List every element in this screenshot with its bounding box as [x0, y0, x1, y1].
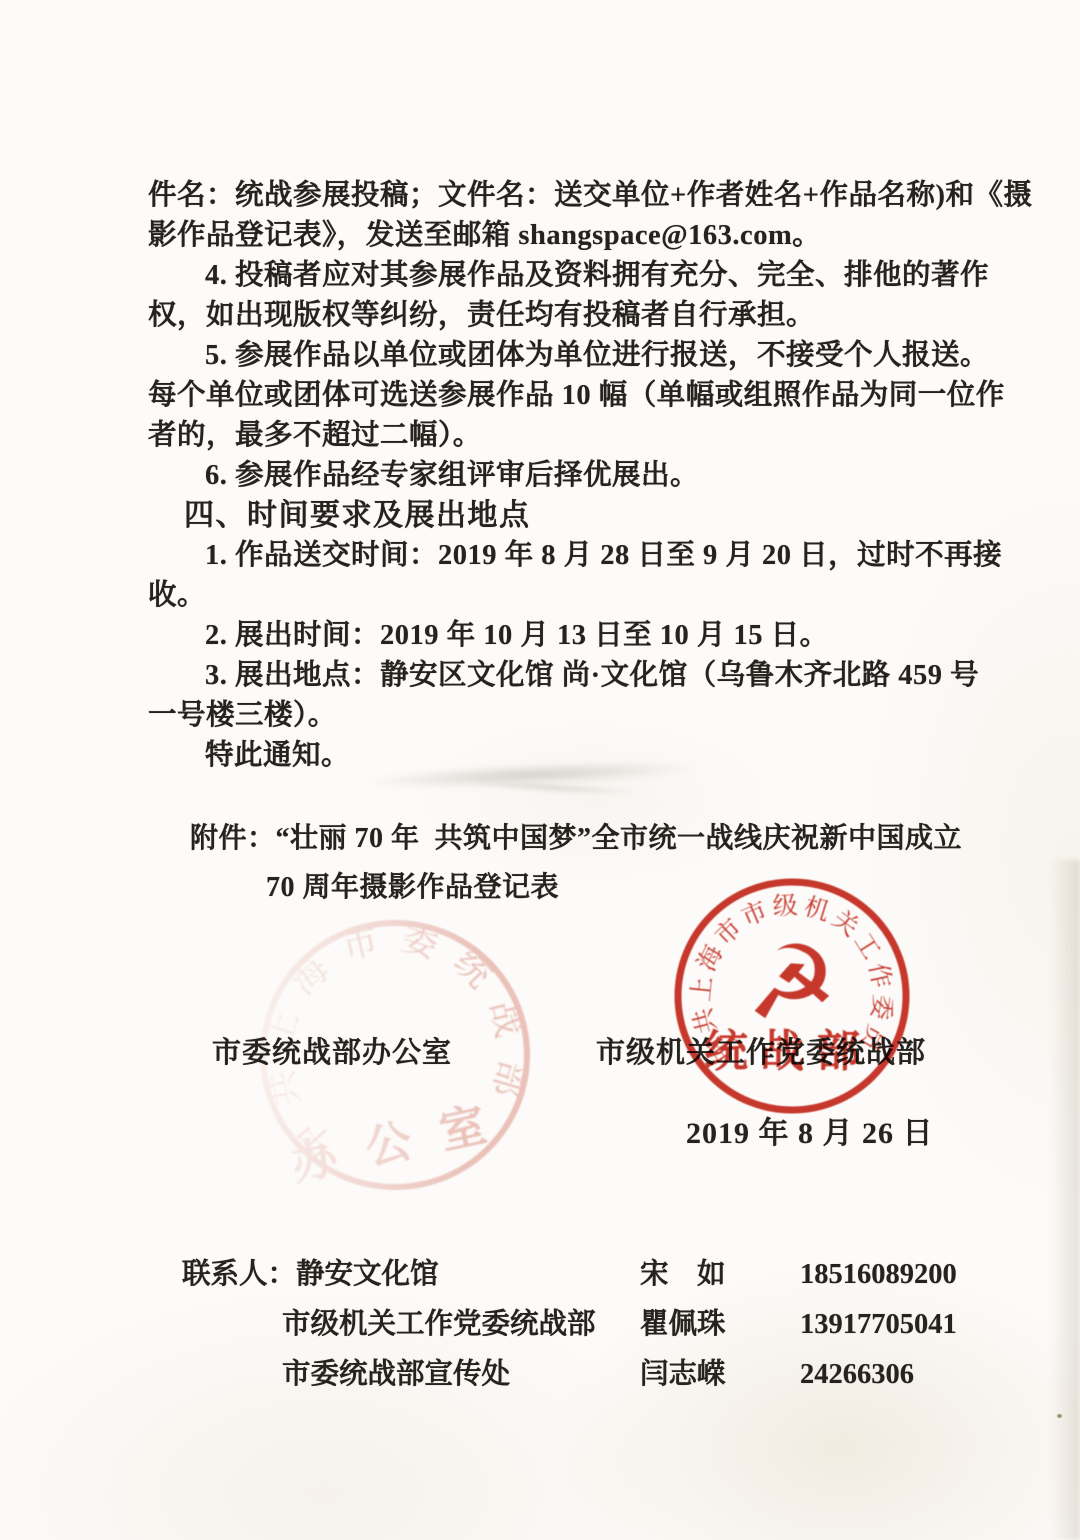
- official-seal-left: 中共上海市委统战部 办公室: [217, 877, 573, 1233]
- section-heading: 四、时间要求及展出地点: [148, 496, 978, 536]
- contact-org: 市级机关工作党委统战部: [182, 1300, 640, 1350]
- body-line-15: 特此通知。: [148, 736, 978, 776]
- body-line-8: 6. 参展作品经专家组评审后择优展出。: [148, 456, 978, 496]
- contact-name: 闫志嵘: [640, 1350, 800, 1400]
- hammer-sickle-icon: ☭: [746, 924, 837, 1043]
- notice-body: 件名：统战参展投稿；文件名：送交单位+作者姓名+作品名称)和《摄 影作品登记表》…: [148, 176, 978, 776]
- contact-row: 联系人：静安文化馆 宋 如 18516089200: [182, 1250, 957, 1300]
- contact-name: 宋 如: [640, 1250, 800, 1300]
- paper-speck: [1057, 1414, 1062, 1418]
- body-line-13: 3. 展出地点：静安区文化馆 尚·文化馆（乌鲁木齐北路 459 号: [148, 656, 978, 696]
- contact-row: 市级机关工作党委统战部 瞿佩珠 13917705041: [182, 1300, 957, 1350]
- contact-phone: 18516089200: [800, 1250, 957, 1300]
- contact-org: 联系人：静安文化馆: [182, 1250, 640, 1300]
- contacts-label: 联系人：: [182, 1259, 296, 1290]
- contact-name: 瞿佩珠: [640, 1300, 800, 1350]
- contact-row: 市委统战部宣传处 闫志嵘 24266306: [182, 1350, 957, 1400]
- contact-phone: 24266306: [800, 1350, 914, 1400]
- body-line-4: 权，如出现版权等纠纷，责任均有投稿者自行承担。: [148, 296, 978, 336]
- body-line-10: 1. 作品送交时间：2019 年 8 月 28 日至 9 月 20 日，过时不再…: [148, 536, 978, 576]
- stamp-inner-text: 办公室: [286, 1093, 520, 1190]
- body-line-2: 影作品登记表》，发送至邮箱 shangspace@163.com。: [148, 216, 978, 256]
- stamp-inner-text: 统战部: [704, 1027, 872, 1076]
- body-line-3: 4. 投稿者应对其参展作品及资料拥有充分、完全、排他的著作: [148, 256, 978, 296]
- body-line-14: 一号楼三楼）。: [148, 696, 978, 736]
- attachment-line-1: 附件：“壮丽 70 年 共筑中国梦”全市统一战线庆祝新中国成立: [190, 814, 962, 863]
- body-line-12: 2. 展出时间：2019 年 10 月 13 日至 10 月 15 日。: [148, 616, 978, 656]
- body-line-1: 件名：统战参展投稿；文件名：送交单位+作者姓名+作品名称)和《摄: [148, 176, 978, 216]
- contact-phone: 13917705041: [800, 1300, 957, 1350]
- scanned-notice-page: 件名：统战参展投稿；文件名：送交单位+作者姓名+作品名称)和《摄 影作品登记表》…: [0, 0, 1080, 1540]
- body-line-6: 每个单位或团体可选送参展作品 10 幅（单幅或组照作品为同一位作: [148, 376, 978, 416]
- contacts-block: 联系人：静安文化馆 宋 如 18516089200 市级机关工作党委统战部 瞿佩…: [182, 1250, 957, 1400]
- body-line-11: 收。: [148, 576, 978, 616]
- contact-org: 市委统战部宣传处: [182, 1350, 640, 1400]
- official-seal-right: 中共上海市市级机关工作委员会 ☭ 统战部: [662, 866, 922, 1126]
- scan-edge-shadow: [1050, 860, 1080, 1540]
- body-line-5: 5. 参展作品以单位或团体为单位进行报送，不接受个人报送。: [148, 336, 978, 376]
- body-line-7: 者的，最多不超过二幅）。: [148, 416, 978, 456]
